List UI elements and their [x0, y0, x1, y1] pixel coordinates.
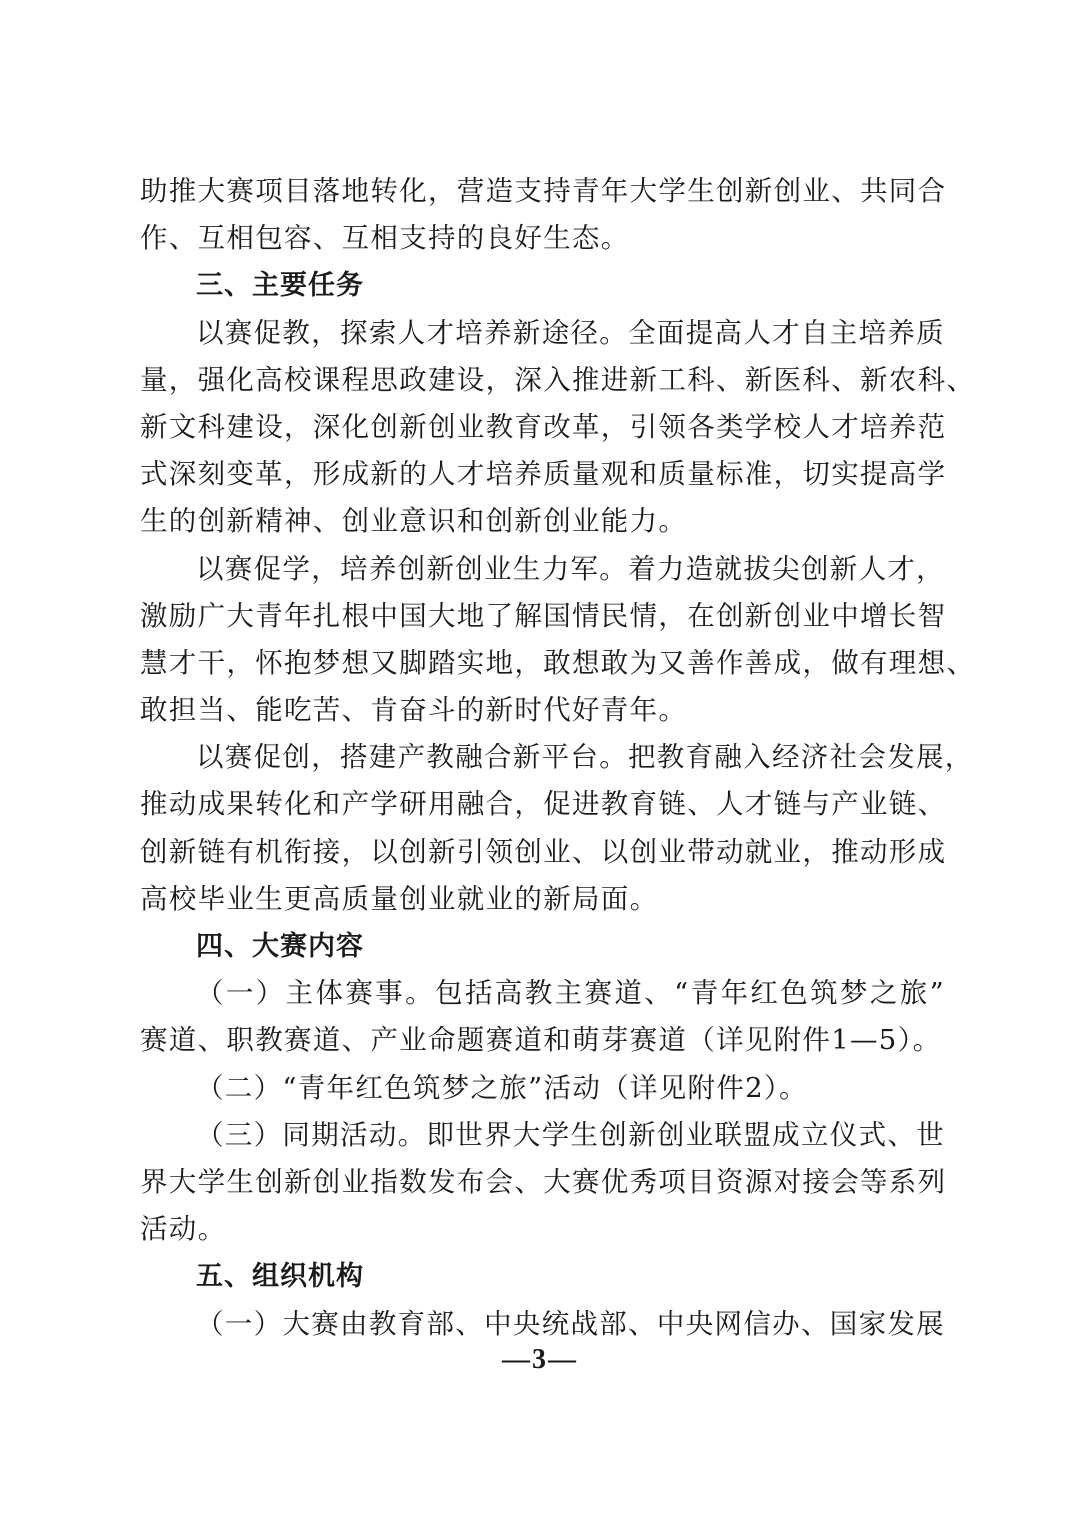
paragraph-start: （二）“青年红色筑梦之旅”活动（详见附件2）。: [140, 1065, 945, 1112]
paragraph-start: （三）同期活动。即世界大学生创新创业联盟成立仪式、世: [140, 1112, 945, 1159]
text-line: 助推大赛项目落地转化，营造支持青年大学生创新创业、共同合: [140, 168, 945, 215]
paragraph-start: 以赛促创，搭建产教融合新平台。把教育融入经济社会发展，: [140, 734, 945, 781]
text-line: 活动。: [140, 1206, 945, 1253]
paragraph-start: 以赛促学，培养创新创业生力军。着力造就拔尖创新人才，: [140, 546, 945, 593]
text-line: 敢担当、能吃苦、肯奋斗的新时代好青年。: [140, 687, 945, 734]
text-line: 激励广大青年扎根中国大地了解国情民情，在创新创业中增长智: [140, 593, 945, 640]
text-line: 高校毕业生更高质量创业就业的新局面。: [140, 876, 945, 923]
paragraph-start: （一）大赛由教育部、中央统战部、中央网信办、国家发展: [140, 1301, 945, 1348]
section-heading-contest-content: 四、大赛内容: [140, 923, 945, 970]
text-line: 式深刻变革，形成新的人才培养质量观和质量标准，切实提高学: [140, 451, 945, 498]
paragraph-start: （一）主体赛事。包括高教主赛道、“青年红色筑梦之旅”: [140, 970, 945, 1017]
section-heading-main-tasks: 三、主要任务: [140, 262, 945, 309]
text-line: 量，强化高校课程思政建设，深入推进新工科、新医科、新农科、: [140, 357, 945, 404]
document-page: 助推大赛项目落地转化，营造支持青年大学生创新创业、共同合 作、互相包容、互相支持…: [0, 0, 1080, 1527]
text-line: 赛道、职教赛道、产业命题赛道和萌芽赛道（详见附件1—5）。: [140, 1017, 945, 1064]
text-line: 界大学生创新创业指数发布会、大赛优秀项目资源对接会等系列: [140, 1159, 945, 1206]
text-line: 新文科建设，深化创新创业教育改革，引领各类学校人才培养范: [140, 404, 945, 451]
text-line: 慧才干，怀抱梦想又脚踏实地，敢想敢为又善作善成，做有理想、: [140, 640, 945, 687]
text-line: 创新链有机衔接，以创新引领创业、以创业带动就业，推动形成: [140, 829, 945, 876]
document-body: 助推大赛项目落地转化，营造支持青年大学生创新创业、共同合 作、互相包容、互相支持…: [140, 168, 945, 1348]
text-line: 作、互相包容、互相支持的良好生态。: [140, 215, 945, 262]
text-line: 生的创新精神、创业意识和创新创业能力。: [140, 498, 945, 545]
text-line: 推动成果转化和产学研用融合，促进教育链、人才链与产业链、: [140, 781, 945, 828]
section-heading-organization: 五、组织机构: [140, 1253, 945, 1300]
paragraph-start: 以赛促教，探索人才培养新途径。全面提高人才自主培养质: [140, 310, 945, 357]
page-number: —3—: [0, 1344, 1080, 1376]
